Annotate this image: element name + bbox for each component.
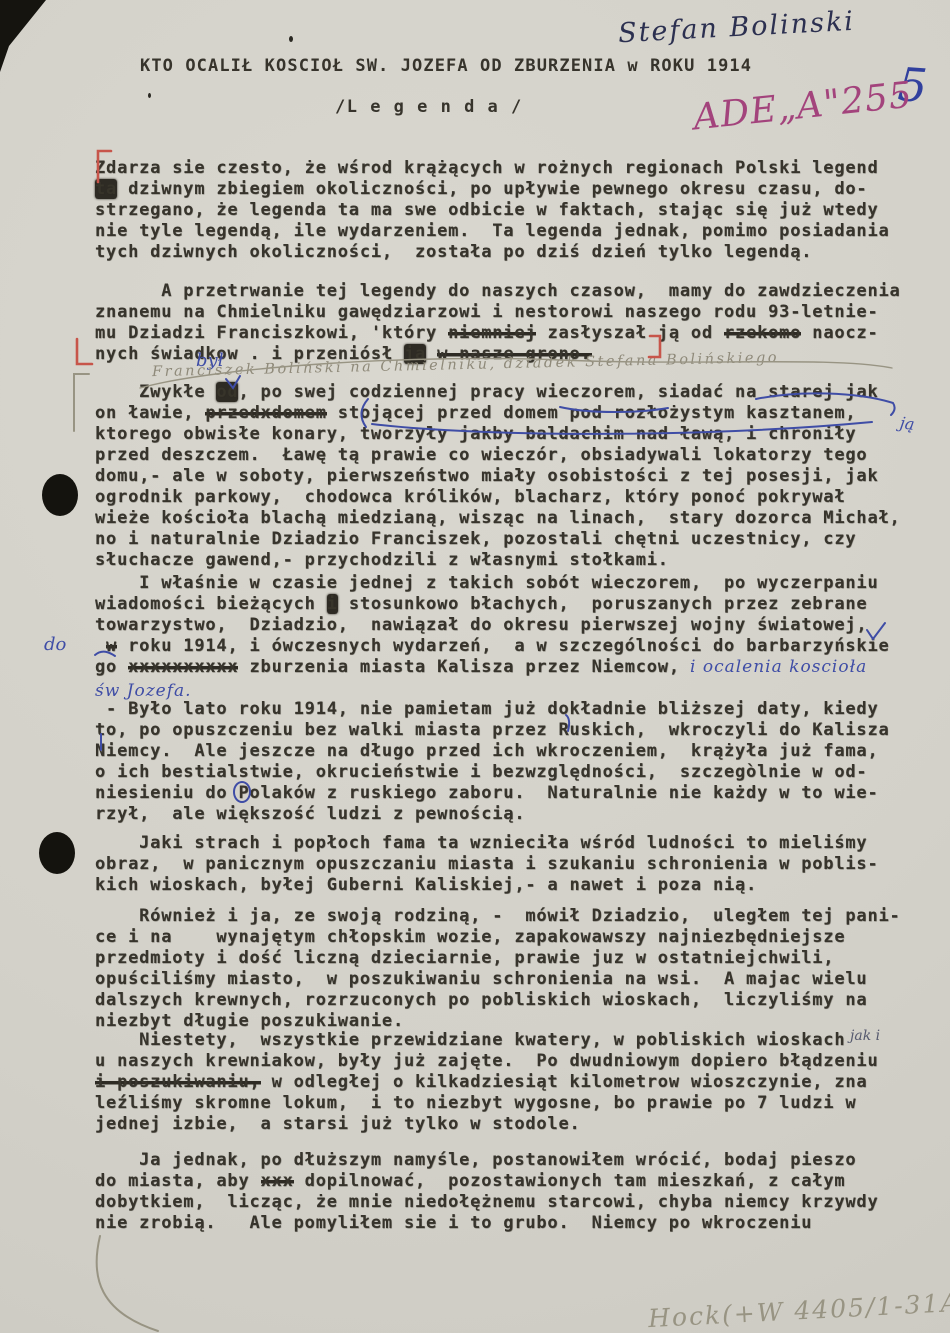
typewritten-line: u naszych krewniakow, były już zajęte. P… (95, 1051, 878, 1072)
paragraph: Niestety, wszystkie przewidziane kwatery… (95, 1030, 878, 1135)
typewritten-line: to, po opuszczeniu bez walki miasta prze… (95, 720, 890, 741)
typewritten-line: niezbyt długie poszukiwanie. (95, 1011, 901, 1032)
typewritten-line: ce i na wynajętym chłopskim wozie, zapak… (95, 927, 901, 948)
hole-punch (42, 474, 78, 516)
struck-out-text: xxxxxxxxxx (128, 657, 238, 677)
paragraph: Zdarza sie czesto, że wśrod krążących w … (95, 158, 890, 263)
typewritten-line: strzegano, że legenda ta ma swe odbicie … (95, 200, 890, 221)
typewritten-line: nie tyle legendą, ile wydarzeniem. Ta le… (95, 221, 890, 242)
struck-out-text: i poszukiwaniu, (95, 1072, 261, 1092)
typewritten-line: nie zrobią. Ale pomyliłem sie i to grubo… (95, 1213, 878, 1234)
typewritten-line: Zdarza sie czesto, że wśrod krążących w … (95, 158, 890, 179)
typewritten-line: dalszych krewnych, rozrzuconych po pobli… (95, 990, 901, 1011)
typewritten-line: obraz, w panicznym opuszczaniu miasta i … (95, 854, 878, 875)
typewritten-line: przedmioty i dość liczną dzieciarnie, pr… (95, 948, 901, 969)
paragraph: - Było lato roku 1914, nie pamietam już … (95, 699, 890, 825)
typewritten-line: ktorego obwisłe konary, tworzyły jakby b… (95, 424, 901, 445)
inked-over-text: ta (95, 179, 117, 199)
typewritten-line: słuchacze gawend,- przychodzili z własny… (95, 550, 901, 571)
typewritten-line: wieże kościoła blachą miedzianą, wisząc … (95, 508, 901, 529)
paragraph: Ja jednak, po dłuższym namyśle, postanow… (95, 1150, 878, 1234)
struck-out-text: niemniej (448, 323, 536, 343)
typewritten-line: opuściliśmy miasto, w poszukiwaniu schro… (95, 969, 901, 990)
paragraph: Zwykłe od, po swej codziennej pracy wiec… (95, 382, 901, 571)
inked-over-text: od (216, 382, 238, 402)
typewritten-line: znanemu na Chmielniku gawędziarzowi i ne… (95, 302, 901, 323)
typewritten-line: Również i ja, ze swoją rodziną, - mówił … (95, 906, 901, 927)
typewritten-line: dobytkiem, licząc, że mnie niedołężnemu … (95, 1192, 878, 1213)
typewritten-line: i poszukiwaniu, w odległej o kilkadziesi… (95, 1072, 878, 1093)
typewritten-line: ta dziwnym zbiegiem okoliczności, po upł… (95, 179, 890, 200)
handwritten-insert-jozefa: św Jozefa. (95, 681, 192, 701)
typewritten-line: no i naturalnie Dziadzio Franciszek, poz… (95, 529, 901, 550)
inked-over-text: i (327, 594, 338, 614)
struck-out-text: w (106, 636, 117, 656)
handwritten-margin-do: do (44, 634, 66, 655)
typewritten-line: towarzystwo, Dziadzio, nawiązał do okres… (95, 615, 890, 636)
typewritten-line: w roku 1914, i ówczesnych wydarzeń, a w … (95, 636, 890, 657)
typewritten-line: I właśnie w czasie jednej z takich sobót… (95, 573, 890, 594)
typewritten-line: rzył, ale większość ludzi z pewnością. (95, 804, 890, 825)
typewritten-line: - Było lato roku 1914, nie pamietam już … (95, 699, 890, 720)
typewritten-line: niesieniu do Polaków z ruskiego zaboru. … (95, 783, 890, 804)
paragraph: Jaki strach i popłoch fama ta wznieciła … (95, 833, 878, 896)
typewritten-line: o ich bestialstwie, okrucieństwie i bezw… (95, 762, 890, 783)
document-title: KTO OCALIŁ KOSCIOŁ SW. JOZEFA OD ZBURZEN… (140, 56, 752, 76)
typewritten-line: domu,- ale w soboty, pierwszeństwo miały… (95, 466, 901, 487)
handwritten-insert-ocalenia: i ocalenia koscioła (690, 657, 867, 677)
scanned-document: { "document": { "title": "KTO OCALIŁ KOS… (0, 0, 950, 1333)
handwritten-insert-jak-i: jak i (850, 1028, 880, 1044)
typewritten-line: kich wioskach, byłej Guberni Kaliskiej,-… (95, 875, 878, 896)
typewritten-line: jednej izbie, a starsi już tylko w stodo… (95, 1114, 878, 1135)
dust-speck (289, 36, 293, 42)
typewritten-line: Niemcy. Ale jeszcze na długo przed ich w… (95, 741, 890, 762)
struck-out-text: xxx (261, 1171, 294, 1191)
dust-speck (148, 93, 151, 98)
hole-punch (39, 832, 75, 874)
typewritten-line: do miasta, aby xxx dopilnować, pozostawi… (95, 1171, 878, 1192)
typewritten-line: Jaki strach i popłoch fama ta wznieciła … (95, 833, 878, 854)
paragraph: Również i ja, ze swoją rodziną, - mówił … (95, 906, 901, 1032)
typewritten-line: Ja jednak, po dłuższym namyśle, postanow… (95, 1150, 878, 1171)
typewritten-line: Zwykłe od, po swej codziennej pracy wiec… (95, 382, 901, 403)
typewritten-line: on ławie, przedxdomem stojącej przed dom… (95, 403, 901, 424)
document-subtitle: /L e g e n d a / (335, 97, 523, 117)
typewritten-line: A przetrwanie tej legendy do naszych cza… (95, 281, 901, 302)
handwritten-insert-ja: ją (899, 413, 916, 434)
typewritten-line: tych dziwnych okoliczności, została po d… (95, 242, 890, 263)
typewritten-line: leźliśmy skromne lokum, i to niezbyt wyg… (95, 1093, 878, 1114)
typewritten-line: przed deszczem. Ławę tą prawie co wieczó… (95, 445, 901, 466)
typewritten-line: Niestety, wszystkie przewidziane kwatery… (95, 1030, 878, 1051)
typewritten-line: wiadomości bieżących i stosunkowo błachy… (95, 594, 890, 615)
typewritten-line: mu Dziadzi Franciszkowi, 'który niemniej… (95, 323, 901, 344)
struck-out-text: przedxdomem (205, 403, 326, 423)
typewritten-line: ogrodnik parkowy, chodowca królików, bla… (95, 487, 901, 508)
struck-out-text: rzekomo (724, 323, 801, 343)
